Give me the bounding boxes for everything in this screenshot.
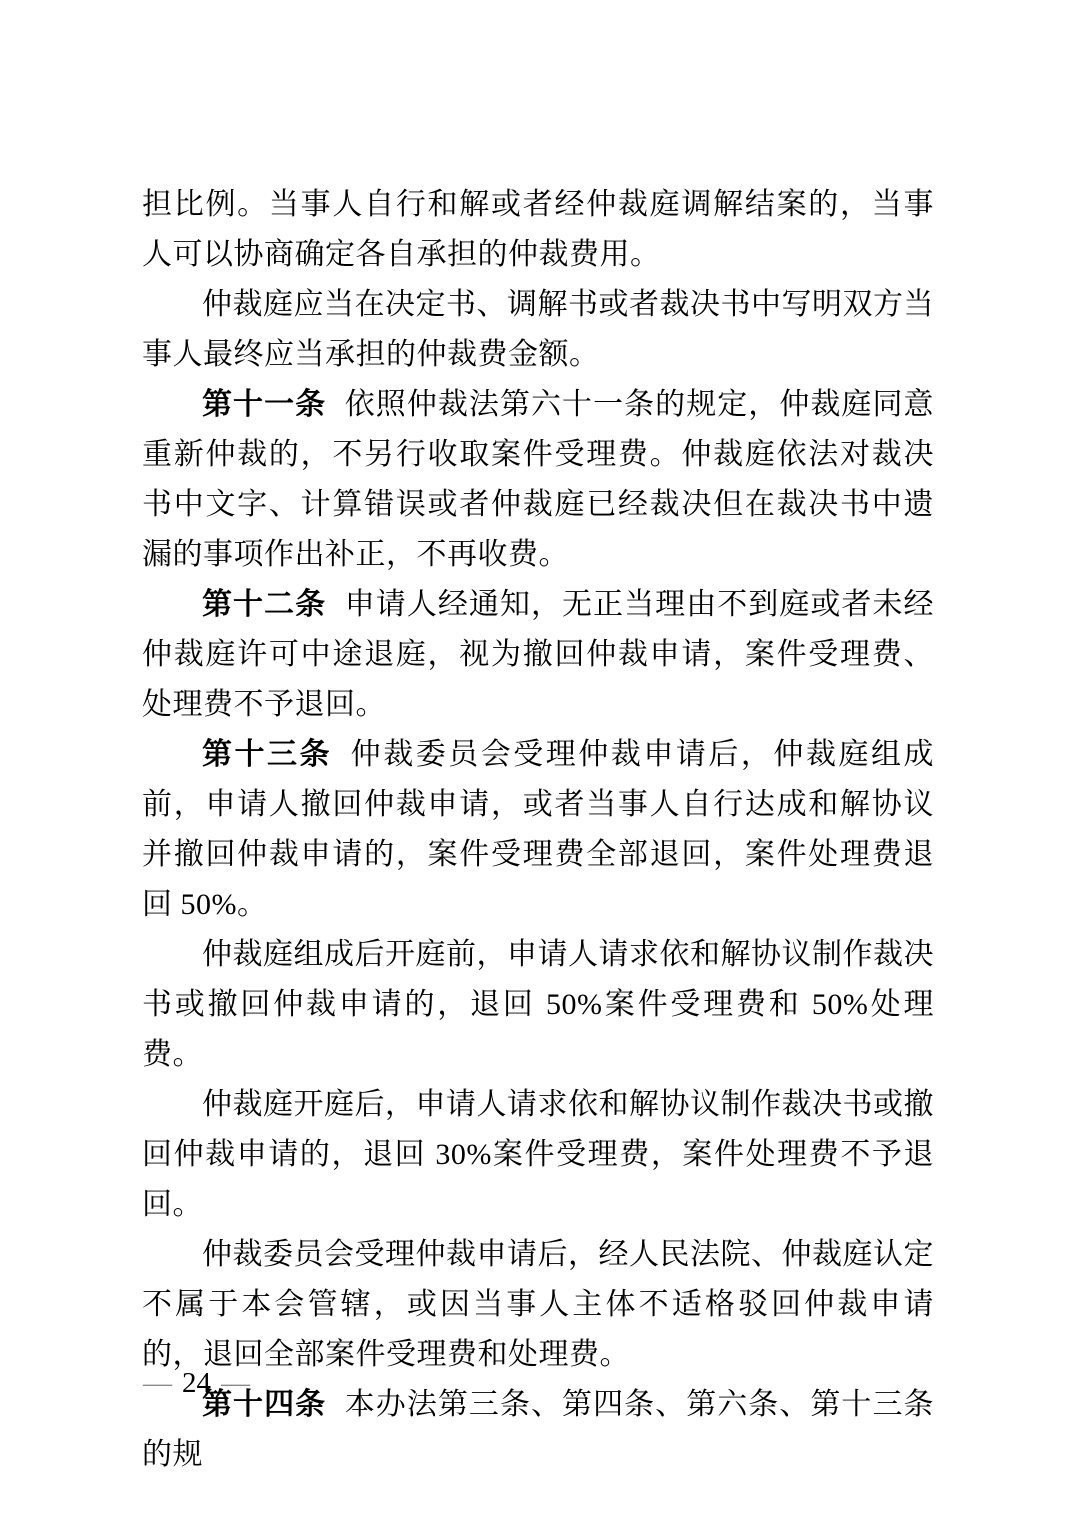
document-body: 担比例。当事人自行和解或者经仲裁庭调解结案的，当事人可以协商确定各自承担的仲裁费… <box>142 180 934 1480</box>
paragraph: 仲裁委员会受理仲裁申请后，经人民法院、仲裁庭认定不属于本会管辖，或因当事人主体不… <box>142 1230 934 1380</box>
page-footer: —24— <box>143 1366 250 1400</box>
paragraph: 仲裁庭组成后开庭前，申请人请求依和解协议制作裁决书或撤回仲裁申请的，退回 50%… <box>142 930 934 1080</box>
article-12-number: 第十二条 <box>202 588 326 621</box>
footer-dash-left: — <box>143 1367 172 1399</box>
article-13-paragraph: 第十三条仲裁委员会受理仲裁申请后，仲裁庭组成前，申请人撤回仲裁申请，或者当事人自… <box>142 730 934 930</box>
paragraph: 仲裁庭开庭后，申请人请求依和解协议制作裁决书或撤回仲裁申请的，退回 30%案件受… <box>142 1080 934 1230</box>
article-13-number: 第十三条 <box>202 738 332 771</box>
paragraph: 仲裁庭应当在决定书、调解书或者裁决书中写明双方当事人最终应当承担的仲裁费金额。 <box>142 280 934 380</box>
page-number: 24 <box>182 1367 211 1399</box>
article-11-number: 第十一条 <box>202 388 326 421</box>
document-page: 担比例。当事人自行和解或者经仲裁庭调解结案的，当事人可以协商确定各自承担的仲裁费… <box>0 0 1074 1520</box>
paragraph-text: 仲裁委员会受理仲裁申请后，经人民法院、仲裁庭认定不属于本会管辖，或因当事人主体不… <box>142 1238 934 1371</box>
paragraph-text: 仲裁庭开庭后，申请人请求依和解协议制作裁决书或撤回仲裁申请的，退回 30%案件受… <box>142 1088 934 1221</box>
paragraph-continuation: 担比例。当事人自行和解或者经仲裁庭调解结案的，当事人可以协商确定各自承担的仲裁费… <box>142 180 934 280</box>
paragraph-text: 担比例。当事人自行和解或者经仲裁庭调解结案的，当事人可以协商确定各自承担的仲裁费… <box>142 188 934 271</box>
paragraph-text: 仲裁庭组成后开庭前，申请人请求依和解协议制作裁决书或撤回仲裁申请的，退回 50%… <box>142 938 934 1071</box>
footer-dash-right: — <box>221 1367 250 1399</box>
article-12-paragraph: 第十二条申请人经通知，无正当理由不到庭或者未经仲裁庭许可中途退庭，视为撤回仲裁申… <box>142 580 934 730</box>
article-14-paragraph: 第十四条本办法第三条、第四条、第六条、第十三条的规 <box>142 1380 934 1480</box>
paragraph-text: 仲裁庭应当在决定书、调解书或者裁决书中写明双方当事人最终应当承担的仲裁费金额。 <box>142 288 934 371</box>
article-11-paragraph: 第十一条依照仲裁法第六十一条的规定，仲裁庭同意重新仲裁的，不另行收取案件受理费。… <box>142 380 934 580</box>
